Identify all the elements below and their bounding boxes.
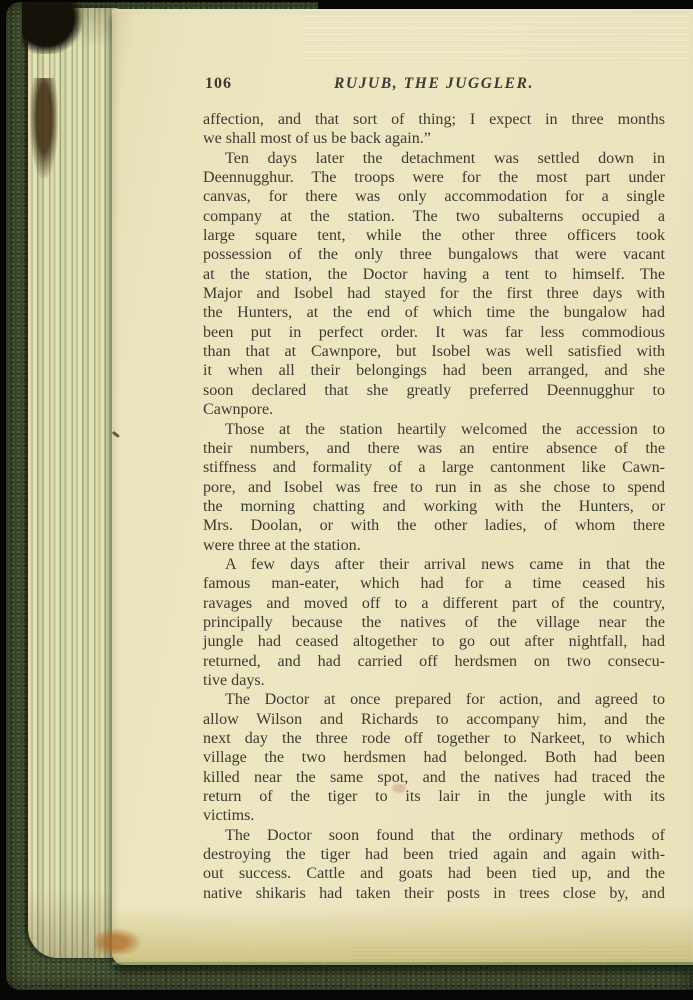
text-line: destroying the tiger had been tried agai…	[203, 845, 665, 864]
text-line: tive days.	[203, 671, 665, 690]
text-line: stiffness and formality of a large canto…	[203, 458, 665, 477]
worn-corner-mark	[22, 2, 82, 54]
text-line: Cawnpore.	[203, 400, 665, 419]
text-line: Deennugghur. The troops were for the mos…	[203, 168, 665, 187]
text-line: returned, and had carried off herdsmen o…	[203, 652, 665, 671]
text-line: been put in perfect order. It was far le…	[203, 323, 665, 342]
text-line: affection, and that sort of thing; I exp…	[203, 110, 665, 129]
foxing-stain	[94, 928, 142, 954]
page-text: affection, and that sort of thing; I exp…	[203, 110, 665, 903]
text-line: Those at the station heartily welcomed t…	[203, 420, 665, 439]
text-line: A few days after their arrival news came…	[203, 555, 665, 574]
text-line: Ten days later the detachment was settle…	[203, 149, 665, 168]
text-line: possession of the only three bungalows t…	[203, 245, 665, 264]
text-line: out success. Cattle and goats had been t…	[203, 864, 665, 883]
book-photo: 106 RUJUB, THE JUGGLER. affection, and t…	[0, 0, 693, 1000]
text-line: village the two herdsmen had belonged. B…	[203, 748, 665, 767]
bottom-page-edge-lines	[352, 947, 690, 963]
text-line: native shikaris had taken their posts in…	[203, 884, 665, 903]
text-line: the Hunters, at the end of which time th…	[203, 303, 665, 322]
text-line: pore, and Isobel was free to run in as s…	[203, 478, 665, 497]
text-line: we shall most of us be back again.”	[203, 129, 665, 148]
running-header: RUJUB, THE JUGGLER.	[203, 75, 665, 93]
foxing-stain	[391, 783, 407, 794]
text-line: principally because the natives of the v…	[203, 613, 665, 632]
text-line: return of the tiger to its lair in the j…	[203, 787, 665, 806]
text-line: jungle had ceased altogether to go out a…	[203, 632, 665, 651]
text-line: Mrs. Doolan, or with the other ladies, o…	[203, 516, 665, 535]
worn-edge-mark	[30, 78, 58, 178]
page-bottom-edge	[112, 962, 693, 965]
text-line: soon declared that she greatly preferred…	[203, 381, 665, 400]
text-line: large square tent, while the other three…	[203, 226, 665, 245]
text-line: the morning chatting and working with th…	[203, 497, 665, 516]
text-line: their numbers, and there was an entire a…	[203, 439, 665, 458]
text-line: it when all their belongings had been ar…	[203, 361, 665, 380]
text-line: ravages and moved off to a different par…	[203, 594, 665, 613]
text-line: next day the three rode off together to …	[203, 729, 665, 748]
text-line: Major and Isobel had stayed for the firs…	[203, 284, 665, 303]
text-line: The Doctor soon found that the ordinary …	[203, 826, 665, 845]
text-line: than that at Cawnpore, but Isobel was we…	[203, 342, 665, 361]
text-line: victims.	[203, 806, 665, 825]
text-line: The Doctor at once prepared for action, …	[203, 690, 665, 709]
text-line: canvas, for there was only accommodation…	[203, 187, 665, 206]
text-line: at the station, the Doctor having a tent…	[203, 265, 665, 284]
text-line: killed near the same spot, and the nativ…	[203, 768, 665, 787]
text-line: famous man-eater, which had for a time c…	[203, 574, 665, 593]
page-header: 106 RUJUB, THE JUGGLER.	[203, 75, 665, 97]
top-page-edge-lines	[302, 10, 690, 62]
text-line: allow Wilson and Richards to accompany h…	[203, 710, 665, 729]
text-line: company at the station. The two subalter…	[203, 207, 665, 226]
text-line: were three at the station.	[203, 536, 665, 555]
book-page: 106 RUJUB, THE JUGGLER. affection, and t…	[112, 9, 693, 965]
